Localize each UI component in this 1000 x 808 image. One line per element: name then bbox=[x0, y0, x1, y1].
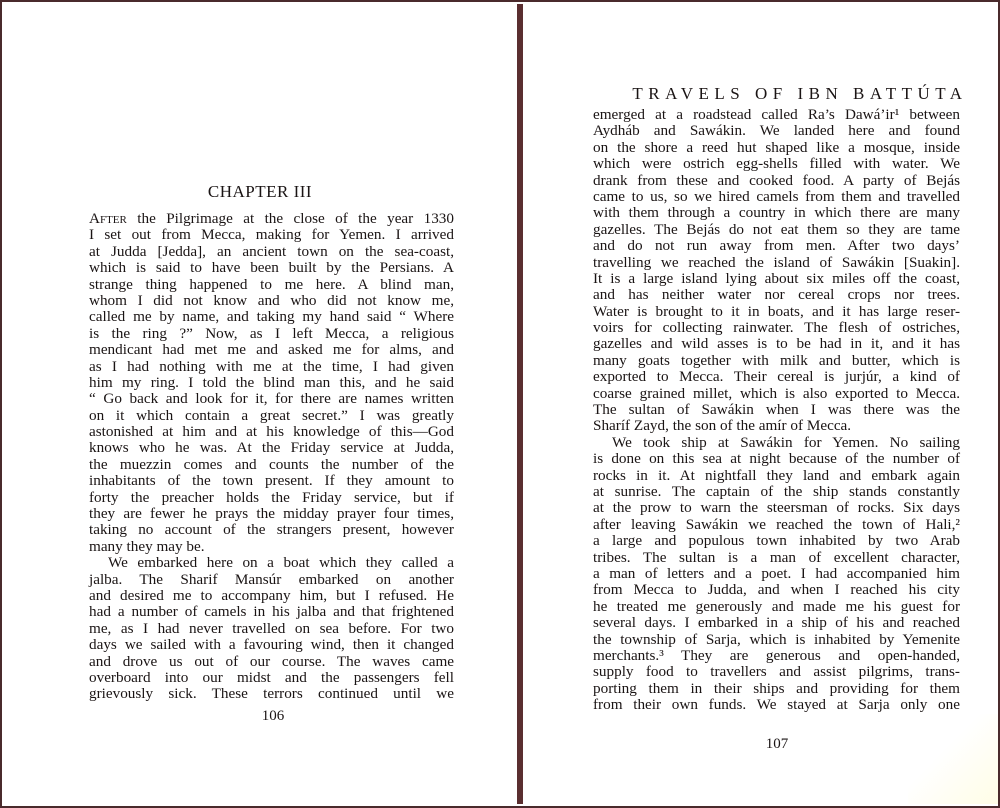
text-line: and drove us out of our course. The wave… bbox=[89, 654, 454, 670]
left-page-text: After the Pilgrimage at the close of the… bbox=[89, 211, 454, 703]
text-line: supply food to travellers and assist pil… bbox=[593, 664, 960, 680]
text-line: voirs for collecting rainwater. The fles… bbox=[593, 320, 960, 336]
book-spread: CHAPTER III After the Pilgrimage at the … bbox=[0, 0, 1000, 808]
text-line: forty the preacher holds the Friday serv… bbox=[89, 490, 454, 506]
text-line: and do not run away from men. After two … bbox=[593, 238, 960, 254]
text-line: exported to Mecca. Their cereal is jurjú… bbox=[593, 369, 960, 385]
text-line: the township of Sarja, which is inhabite… bbox=[593, 632, 960, 648]
text-line: from their own funds. We stayed at Sarja… bbox=[593, 697, 960, 713]
text-line: the muezzin comes and counts the number … bbox=[89, 457, 454, 473]
text-line: astonished at him and at his knowledge o… bbox=[89, 424, 454, 440]
text-line: After the Pilgrimage at the close of the… bbox=[89, 211, 454, 227]
text-line: at the prow to warn the steersman of roc… bbox=[593, 500, 960, 516]
text-line: many goats together with milk and butter… bbox=[593, 353, 960, 369]
text-line: they are fewer he prays the midday praye… bbox=[89, 506, 454, 522]
text-line: had a number of camels in his jalba and … bbox=[89, 604, 454, 620]
text-line: days we sailed with a favouring wind, th… bbox=[89, 637, 454, 653]
text-line: me, as I had never travelled on sea befo… bbox=[89, 621, 454, 637]
text-line: Aydháb and Sawákin. We landed here and f… bbox=[593, 123, 960, 139]
text-line: We took ship at Sawákin for Yemen. No sa… bbox=[593, 435, 960, 451]
right-page: TRAVELS OF IBN BATTÚTA emerged at a road… bbox=[523, 4, 998, 804]
text-line: inhabitants of the town present. If they… bbox=[89, 473, 454, 489]
text-line: porting them in their ships and providin… bbox=[593, 681, 960, 697]
running-head: TRAVELS OF IBN BATTÚTA bbox=[615, 84, 985, 104]
text-line: him my ring. I told the blind man this, … bbox=[89, 375, 454, 391]
text-line: rocks in it. At nightfall they land and … bbox=[593, 468, 960, 484]
text-line: after leaving Sawákin we reached the tow… bbox=[593, 517, 960, 533]
text-line: on the shore a reed hut shaped like a mo… bbox=[593, 140, 960, 156]
text-line: It is a large island lying about six mil… bbox=[593, 271, 960, 287]
text-line: I set out from Mecca, making for Yemen. … bbox=[89, 227, 454, 243]
paper-stain bbox=[908, 714, 998, 804]
text-line: with them through a country in which the… bbox=[593, 205, 960, 221]
text-line: We embarked here on a boat which they ca… bbox=[89, 555, 454, 571]
text-line: taking no account of the strangers prese… bbox=[89, 522, 454, 538]
text-line: is the ring ?” Now, as I left Mecca, a r… bbox=[89, 326, 454, 342]
text-line: from Mecca to Judda, and when I reached … bbox=[593, 582, 960, 598]
text-line: mendicant had met me and asked me for al… bbox=[89, 342, 454, 358]
page-number-right: 107 bbox=[747, 736, 807, 753]
text-line: Water is brought to it in boats, and it … bbox=[593, 304, 960, 320]
right-page-text: emerged at a roadstead called Ra’s Dawá’… bbox=[593, 107, 960, 713]
text-line: a large and populous town inhabited by t… bbox=[593, 533, 960, 549]
left-page: CHAPTER III After the Pilgrimage at the … bbox=[4, 4, 516, 804]
text-line: coarse grained millet, which is also exp… bbox=[593, 386, 960, 402]
text-line: knows who he was. At the Friday service … bbox=[89, 440, 454, 456]
text-line: grievously sick. These terrors continued… bbox=[89, 686, 454, 702]
text-line: jalba. The Sharif Mansúr embarked on ano… bbox=[89, 572, 454, 588]
text-line: merchants.³ They are generous and open-h… bbox=[593, 648, 960, 664]
text-line: several days. I embarked in a ship of hi… bbox=[593, 615, 960, 631]
chapter-heading: CHAPTER III bbox=[4, 182, 516, 202]
text-line: on it which contain a great secret.” I w… bbox=[89, 408, 454, 424]
text-line: is done on this sea at night because of … bbox=[593, 451, 960, 467]
chapter-opening-smallcaps: After bbox=[89, 210, 127, 227]
text-line: called me by name, and taking my hand sa… bbox=[89, 309, 454, 325]
text-line: tribes. The sultan is a man of excellent… bbox=[593, 550, 960, 566]
text-line: and desired me to accompany him, but I r… bbox=[89, 588, 454, 604]
text-line: and has neither water nor cereal crops n… bbox=[593, 287, 960, 303]
text-line: gazelles and wild asses is to be had in … bbox=[593, 336, 960, 352]
text-line: gazelles. The Bejás do not eat them so t… bbox=[593, 222, 960, 238]
text-line: a man of letters and a poet. I had accom… bbox=[593, 566, 960, 582]
text-line: whom I did not know and who did not know… bbox=[89, 293, 454, 309]
text-line: which is said to have been built by the … bbox=[89, 260, 454, 276]
text-line: at Judda [Jedda], an ancient town on the… bbox=[89, 244, 454, 260]
page-number-left: 106 bbox=[243, 708, 303, 725]
text-line: “ Go back and look for it, for there are… bbox=[89, 391, 454, 407]
text-line: travelling we reached the island of Sawá… bbox=[593, 255, 960, 271]
text-line: he treated me generously and made me his… bbox=[593, 599, 960, 615]
text-line: Sharíf Zayd, the son of the amír of Mecc… bbox=[593, 418, 960, 434]
text-line: The sultan of Sawákin when I was there w… bbox=[593, 402, 960, 418]
text-line: overboard into our midst and the passeng… bbox=[89, 670, 454, 686]
text-line: which were ostrich egg-shells filled wit… bbox=[593, 156, 960, 172]
text-line: came to us, so we hired camels from them… bbox=[593, 189, 960, 205]
text-line: strange thing happened to me here. A bli… bbox=[89, 277, 454, 293]
text-line: as I had nothing with me at the time, I … bbox=[89, 359, 454, 375]
text-line: emerged at a roadstead called Ra’s Dawá’… bbox=[593, 107, 960, 123]
text-line: at sunrise. The captain of the ship stan… bbox=[593, 484, 960, 500]
text-line: many they may be. bbox=[89, 539, 454, 555]
text-line: drank from these and cooked food. A part… bbox=[593, 173, 960, 189]
